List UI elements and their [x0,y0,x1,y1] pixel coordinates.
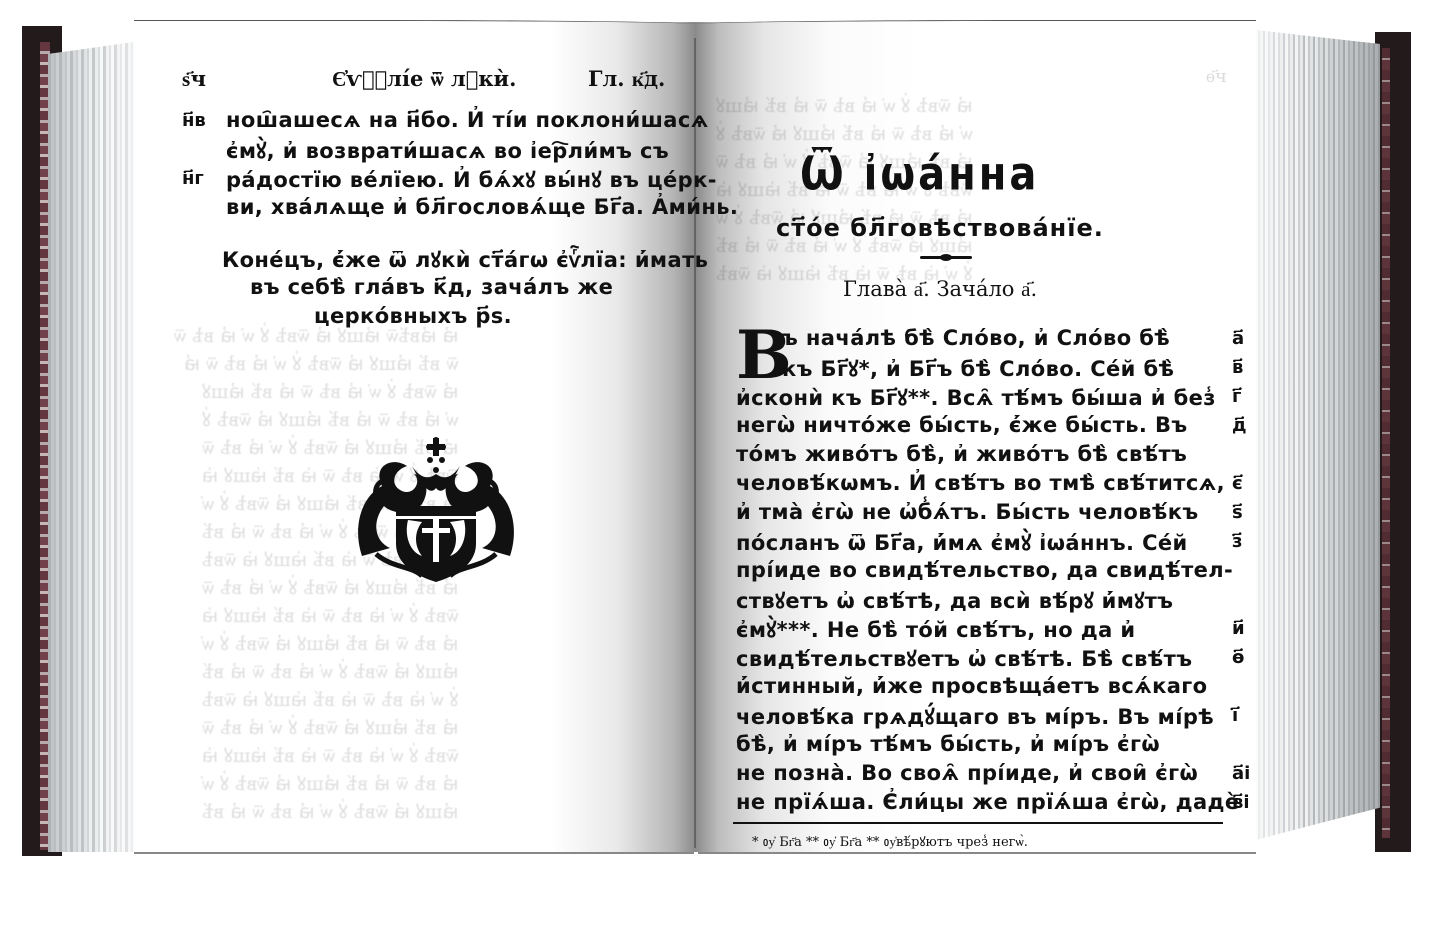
verse-number: н҃в [182,110,206,131]
text-line: нош҄ашесѧ на н҃бо. И҆ ті́и поклони́шасѧ [226,108,709,132]
footnote-rule [733,822,1223,824]
verse-number: з҃ [1232,531,1242,552]
vignette-cross-ornament-icon [352,436,520,586]
verse-number: н҃г [182,168,204,189]
verse-number: в҃ [1232,357,1243,378]
verse-number: ѳ҃ [1232,647,1244,668]
colophon-line: въ себѣ̀ гла́въ к҃д, зача́лъ же [250,275,613,299]
verse-number: д҃ [1232,415,1247,436]
chapter-reference: Гл. к҃д. [588,66,665,92]
verse-number: є҃ [1232,473,1243,494]
text-line: и҆сконѝ къ Бг҃ꙋ**. Всѧ̑ тѣ́мъ бы́ша и҆ б… [736,384,1216,412]
verse-number: и҃ [1232,618,1245,639]
text-line: по́сланъ ѿ Бг҃а, и҆́мѧ є҆мꙋ̀ і҆ѡа́ннъ. С… [736,529,1188,557]
verse-number: в҃і [1232,792,1250,813]
page-stack-left [48,42,134,852]
text-line: є҆мꙋ̀***. Не бѣ̀ то́й свѣ́тъ, но да и҆ [736,616,1136,644]
book-gutter [694,38,696,848]
gospel-subtitle: ст҃о́е бл҃говѣствова́нїе. [776,214,1104,242]
text-line: свидѣ́тельствꙋетъ ѡ҆ свѣ́тѣ. Бѣ̀ свѣ́тъ [736,645,1192,673]
chapter-heading: Глава̀ а҃. Зача́ло а҃. [843,277,1037,302]
text-line: ствꙋетъ ѡ҆ свѣ́тѣ, да всѝ вѣ́рꙋ и҆́мꙋтъ [736,587,1173,615]
text-line: человѣ́ка грѧдꙋ́щаго въ мі́ръ. Въ мі́рѣ [736,703,1214,731]
text-line: и҆ тма̀ є҆гѡ̀ не ѡ҆б̾ѧ́тъ. Бы́сть человѣ… [736,500,1199,524]
text-line: не прїѧ́ша. Є҆ли́цы же прїѧ́ша є҆гѡ̀, да… [736,790,1240,814]
page-top-edge-left [134,20,696,27]
text-line: прі́иде во свидѣ́тельство, да свидѣ́тел- [736,558,1233,582]
verse-number: і҃ [1232,705,1238,726]
page-top-edge-right [696,20,1256,27]
page-number: ѕ҃ч [182,66,206,92]
verse-number: г҃ [1232,386,1241,407]
text-line: человѣ́кѡмъ. И҆ свѣ́тъ во тмѣ̀ свѣ́титсѧ… [736,471,1225,495]
cover-decorative-edge-right [1382,48,1390,838]
text-line: негѡ̀ ничто́же бы́сть, є҆́же бы́сть. Въ [736,413,1188,437]
text-line: къ Бг҃ꙋ*, и҆ Бг҃ъ бѣ̀ Сло́во. Се́й бѣ̀ [782,355,1174,383]
text-line: и҆́стинный, и҆́же просвѣща́етъ всѧ́каго [736,674,1208,698]
colophon-line: Коне́цъ, є҆́же ѿ лꙋкѝ ст҃а́гѡ є҆ѵⷢ҇лїа: … [222,246,708,274]
verse-number: а҃ [1232,328,1244,349]
footnote: * ᲂу҆ Бг҃а ** ᲂу҆ Бг҃а ** ᲂу҆вѣ́рꙋютъ чр… [752,832,1028,850]
text-line: ви, хва́лѧще и҆ бл҃гословѧ́ще Бг҃а. А҆ми… [226,195,738,219]
ghost-page-number: ѳ҃ч [1206,66,1227,87]
text-line: бѣ̀, и҆ мі́ръ тѣ́мъ бы́сть, и҆ мі́ръ є҆г… [736,732,1160,756]
running-title: Є҆ѵⷢ҇лі́е ѿ лꙋкѝ. [332,66,516,92]
text-line: ъ нача́лѣ бѣ̀ Сло́во, и҆ Сло́во бѣ̀ [782,326,1170,350]
ornamental-divider [920,256,972,259]
text-line: є҆мꙋ̀, и҆ возврати́шасѧ во і҆ер҇ли́мъ съ [226,137,669,165]
page-bottom-edge-left [134,852,694,854]
book-cover-right [1375,32,1411,852]
verse-number: ѕ҃ [1232,502,1243,523]
gospel-title: Ѿ і҆ѡа́нна [800,148,1039,201]
colophon-line: церко́вныхъ р҃ѕ. [314,304,512,328]
verse-number: а҃і [1232,763,1250,784]
page-stack-right [1255,30,1380,840]
text-line: ра́достїю ве́лїею. И҆ бѧ́хꙋ вы́нꙋ въ це́… [226,166,717,194]
page-bottom-edge-right [698,852,1256,854]
text-line: не позна̀. Во своѧ̑ прі́иде, и҆ свои̑ є҆… [736,761,1198,785]
text-line: то́мъ живо́тъ бѣ̀, и҆ живо́тъ бѣ̀ свѣ́тъ [736,442,1187,466]
